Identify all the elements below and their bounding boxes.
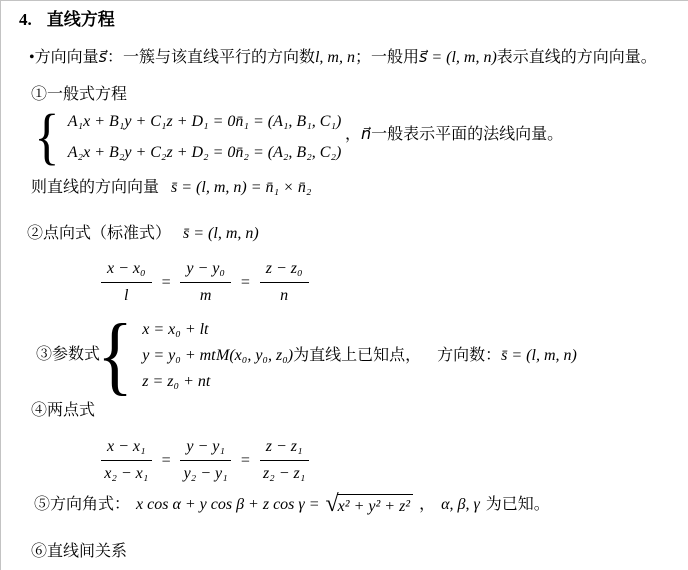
fraction-y-denominator: y₂ − y₁ [180,461,231,484]
left-brace-icon: { [34,107,59,167]
direction-numbers-label: 方向数： [437,347,501,364]
system-row-1: A₁x + B₁y + C₁z + D₁ = 0n̄₁ = (A₁, B₁, C… [68,111,342,133]
normal2-vector: n̄₂ = (A₂, B₂, C₂) [235,144,341,161]
fraction-y-numerator: y − y₀ [180,259,231,283]
fraction-x-denominator: l [101,283,152,306]
s-vector-symbol: s⃗ [99,49,107,66]
known-text: 为已知。 [486,493,550,517]
section-line-relations-label: ⑥直线间关系 [31,540,127,564]
symmetric-form-equation: x − x₀ l = y − y₀ m = z − z₀ n [101,259,309,306]
normal1-vector: n̄₁ = (A₁, B₁, C₁) [235,113,341,130]
fraction-y-denominator: m [180,283,231,306]
fraction-y-numerator: y − y₁ [180,437,231,461]
comma: ， [419,493,435,517]
equals-sign: = [161,449,172,473]
radical-sign-icon: √ [326,493,339,515]
parametric-system: { x = x₀ + lt y = y₀ + mt z = z₀ + nt [94,313,216,399]
fraction-z-denominator: n [260,283,309,306]
conclusion-math: s̄ = (l, m, n) = n̄₁ × n̄₂ [171,179,311,196]
note-comma: ， [345,126,361,143]
normal-vector-note: ，n⃗一般表示平面的法线向量。 [345,123,563,147]
equals-sign: = [161,271,172,295]
point-direction-label: ②点向式（标准式） [27,225,171,242]
two-point-equation: x − x₁ x₂ − x₁ = y − y₁ y₂ − y₁ = z − z₁… [101,437,309,484]
fraction-y: y − y₀ m [180,259,231,306]
fraction-x: x − x₀ l [101,259,152,306]
s-vector-equation: s⃗ = (l, m, n) [419,49,497,66]
fraction-z: z − z₀ n [260,259,309,306]
known-point: M(x₀, y₀, z₀) [216,347,293,364]
page-title: 4.直线方程 [19,8,115,32]
radicand: x² + y² + z² [337,494,413,516]
section-direction-angle: ⑤方向角式： x cos α + y cos β + z cos γ = √ x… [34,493,550,517]
system-flex: { A₁x + B₁y + C₁z + D₁ = 0n̄₁ = (A₁, B₁,… [32,107,341,167]
left-brace-icon: { [97,313,133,399]
intro-text-2: ：一簇与该直线平行的方向数 [107,49,315,66]
section-parametric-label: ③参数式 [36,343,100,367]
parametric-column: x = x₀ + lt y = y₀ + mt z = z₀ + nt [142,320,215,392]
fraction-z-numerator: z − z₁ [260,437,309,461]
direction-vector-conclusion: 则直线的方向向量s̄ = (l, m, n) = n̄₁ × n̄₂ [31,176,311,200]
general-form-system: { A₁x + B₁y + C₁z + D₁ = 0n̄₁ = (A₁, B₁,… [32,107,341,167]
fraction-z-numerator: z − z₀ [260,259,309,283]
system-column: A₁x + B₁y + C₁z + D₁ = 0n̄₁ = (A₁, B₁, C… [68,111,342,164]
heading-title: 直线方程 [47,10,115,29]
section-two-point-label: ④两点式 [31,399,95,423]
n-vector-symbol: n⃗ [361,126,371,143]
document-page: 4.直线方程 •方向向量s⃗：一簇与该直线平行的方向数l, m, n；一般用s⃗… [0,0,688,570]
direction-numbers-svec: s̄ = (l, m, n) [501,347,577,364]
fraction-x-numerator: x − x₁ [101,437,152,461]
fraction-x-numerator: x − x₀ [101,259,152,283]
fraction-x: x − x₁ x₂ − x₁ [101,437,152,484]
fraction-z: z − z₁ z₂ − z₁ [260,437,309,484]
parametric-y: y = y₀ + mt [142,346,215,366]
note-text: 一般表示平面的法线向量。 [371,126,563,143]
direction-angle-label: ⑤方向角式： [34,493,130,517]
heading-number: 4. [19,10,32,29]
intro-text-1: 方向向量 [35,49,99,66]
section-point-direction: ②点向式（标准式）s̄ = (l, m, n) [27,222,259,246]
fraction-z-denominator: z₂ − z₁ [260,461,309,484]
system-row-2: A₂x + B₂y + C₂z + D₂ = 0n̄₂ = (A₂, B₂, C… [68,142,342,164]
equals-sign: = [240,271,251,295]
plane2-equation: A₂x + B₂y + C₂z + D₂ = 0 [68,142,236,164]
parametric-x: x = x₀ + lt [142,320,215,340]
fraction-x-denominator: x₂ − x₁ [101,461,152,484]
fraction-y: y − y₁ y₂ − y₁ [180,437,231,484]
intro-line: •方向向量s⃗：一簇与该直线平行的方向数l, m, n；一般用s⃗ = (l, … [29,46,657,70]
parametric-z: z = z₀ + nt [142,372,215,392]
equals-sign: = [240,449,251,473]
conclusion-text: 则直线的方向向量 [31,179,159,196]
known-point-text: 为直线上已知点， [293,347,421,364]
parametric-flex: { x = x₀ + lt y = y₀ + mt z = z₀ + nt [94,313,216,399]
parametric-note: M(x₀, y₀, z₀)为直线上已知点，方向数：s̄ = (l, m, n) [216,344,577,368]
lmn-symbols: l, m, n [315,49,355,66]
greek-angles: α, β, γ [441,493,480,517]
square-root: √ x² + y² + z² [326,494,414,516]
intro-text-4: 表示直线的方向向量。 [497,49,657,66]
direction-angle-lhs: x cos α + y cos β + z cos γ = [136,493,319,517]
plane1-equation: A₁x + B₁y + C₁z + D₁ = 0 [68,111,236,133]
point-direction-svec: s̄ = (l, m, n) [183,225,259,242]
intro-text-3: ；一般用 [355,49,419,66]
